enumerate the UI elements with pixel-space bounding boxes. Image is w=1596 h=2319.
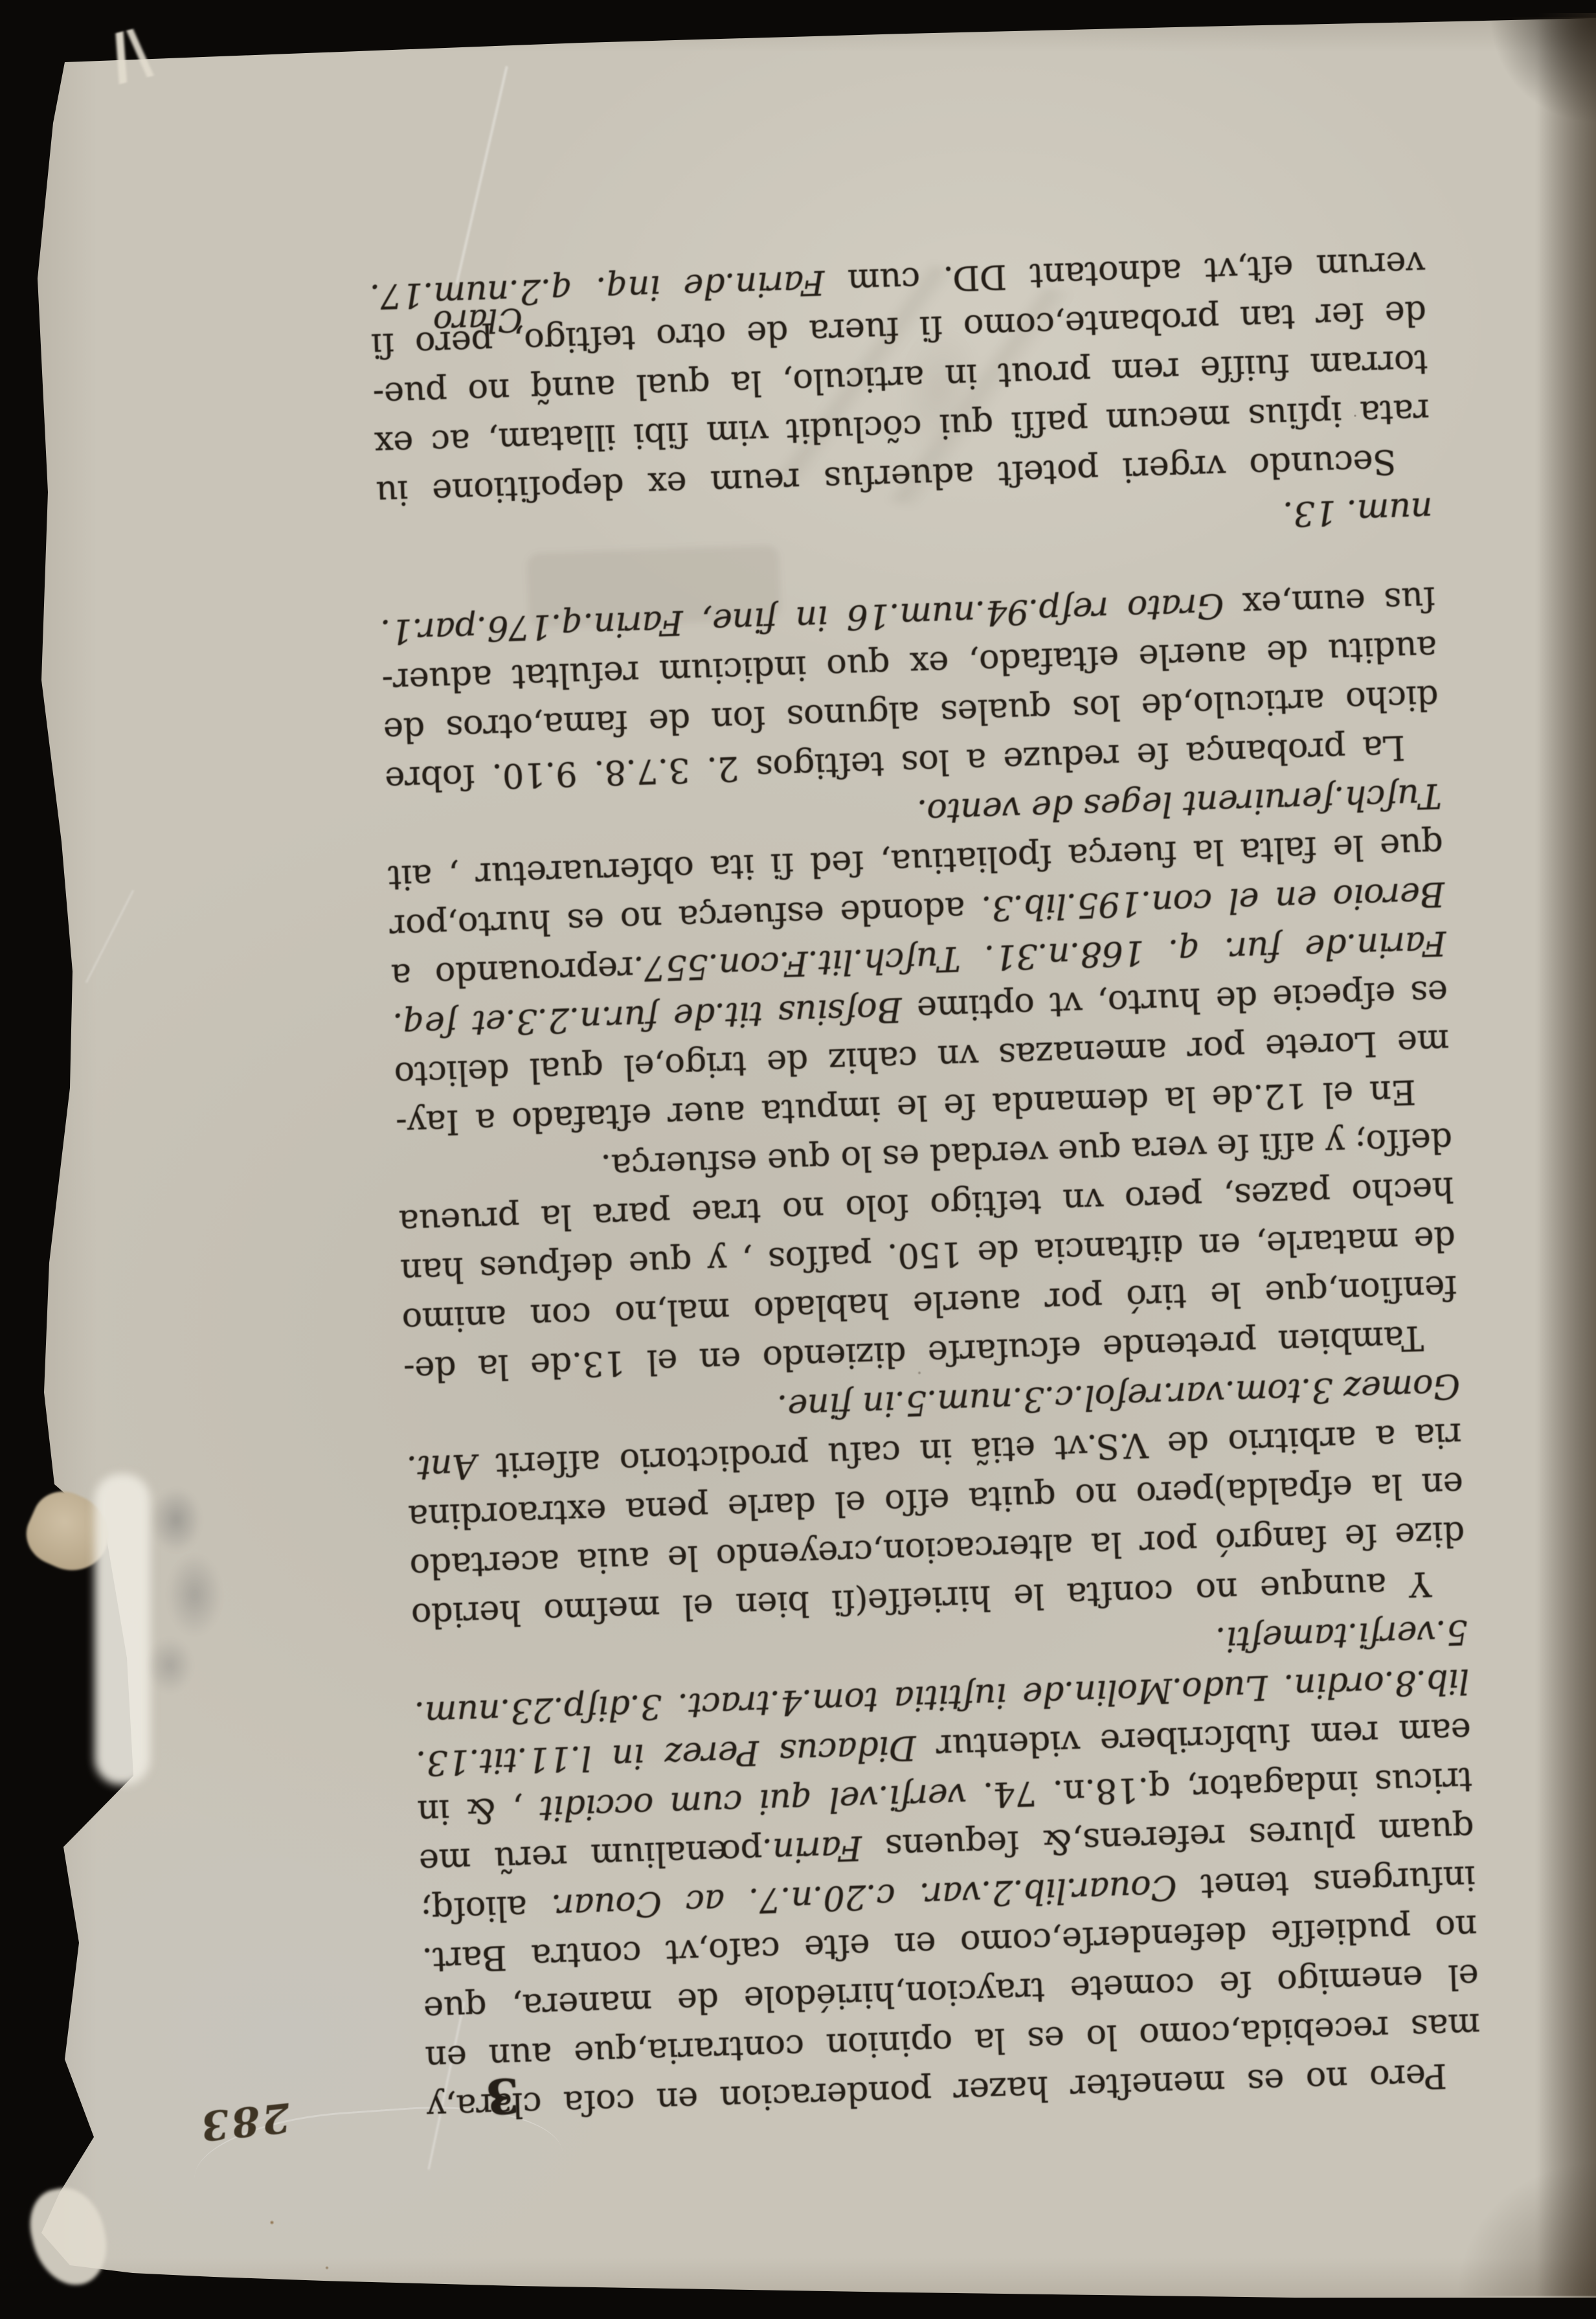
text-segment: ſus eum,ex: [1223, 579, 1436, 625]
edge-smudge: [127, 1480, 250, 1701]
gutter-shadow: [1538, 13, 1596, 2296]
printed-paragraph-number: 3: [458, 2059, 521, 2134]
scanned-page-photo: Pero no es meneſter hazer ponderacion en…: [0, 0, 1596, 2319]
text-segment: num. 13.: [1283, 490, 1433, 534]
text-segment: 5.verſi.tameſti.: [1215, 1612, 1468, 1659]
handwritten-folio-number: 283: [170, 2085, 293, 2161]
bottom-right-fold-shadow: [1447, 2153, 1596, 2296]
text-segment: Ant.: [406, 1446, 477, 1488]
page-text-block: Pero no es meneſter hazer ponderacion en…: [369, 240, 1482, 2132]
text-segment: Beroio en el con.195.lib.3.: [981, 874, 1445, 928]
text-segment: verſi.vel qui cum occidit: [539, 1775, 967, 1828]
text-segment: alioſq;: [420, 1887, 552, 1930]
catchword: Claro: [383, 294, 524, 349]
text-segment: inſurgens tenet: [1176, 1858, 1476, 1906]
text-segment: Farin.: [761, 1828, 862, 1871]
text-segment: reprouando a: [390, 949, 634, 996]
text-segment: , & in: [417, 1789, 541, 1832]
text-segment: pœnalium rerũ me: [418, 1831, 763, 1881]
